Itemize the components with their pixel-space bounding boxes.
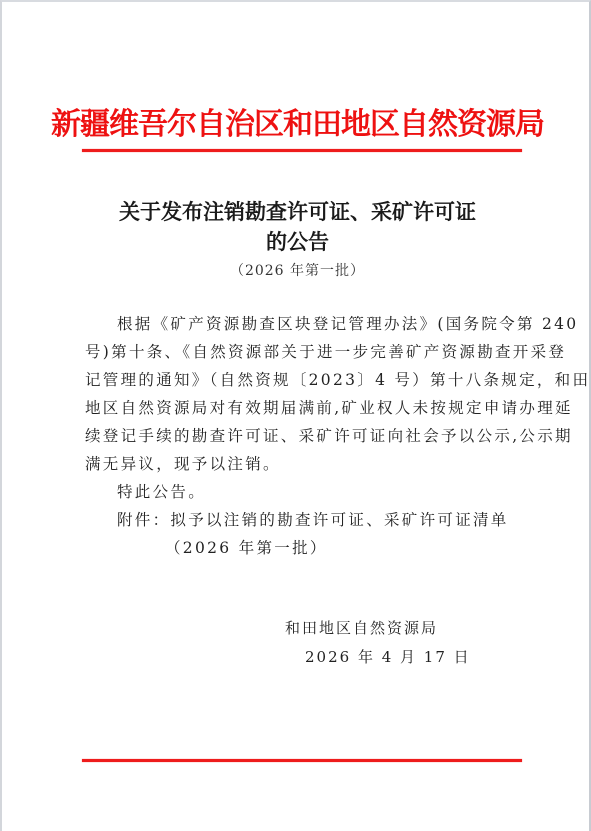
signature-date: 2026 年 4 月 17 日 (305, 646, 471, 667)
signature-org: 和田地区自然资源局 (285, 617, 438, 638)
attachment-label: 附件：拟予以注销的勘查许可证、采矿许可证清单 (117, 506, 509, 534)
red-header-rule (82, 149, 522, 152)
attachment-batch: （2026 年第一批） (165, 534, 328, 562)
body-line-6: 满无异议，现予以注销。 (85, 450, 281, 478)
document-batch: （2026 年第一批） (2, 260, 591, 280)
body-line-5: 续登记手续的勘查许可证、采矿许可证向社会予以公示,公示期 (85, 422, 573, 450)
body-line-1: 根据《矿产资源勘查区块登记管理办法》(国务院令第 240 (117, 310, 578, 338)
body-line-4: 地区自然资源局对有效期届满前,矿业权人未按规定申请办理延 (85, 394, 573, 422)
body-line-2: 号)第十条、《自然资源部关于进一步完善矿产资源勘查开采登 (85, 338, 566, 366)
body-line-3: 记管理的通知》（自然资规〔2023〕4 号）第十八条规定，和田 (85, 366, 590, 394)
document-title-line2: 的公告 (2, 226, 591, 258)
closing-text: 特此公告。 (117, 478, 206, 506)
document-page: 新疆维吾尔自治区和田地区自然资源局 关于发布注销勘查许可证、采矿许可证 的公告 … (0, 0, 591, 831)
red-header-issuer: 新疆维吾尔自治区和田地区自然资源局 (2, 105, 591, 145)
footer-rule (82, 759, 522, 762)
document-title-line1: 关于发布注销勘查许可证、采矿许可证 (2, 196, 591, 228)
